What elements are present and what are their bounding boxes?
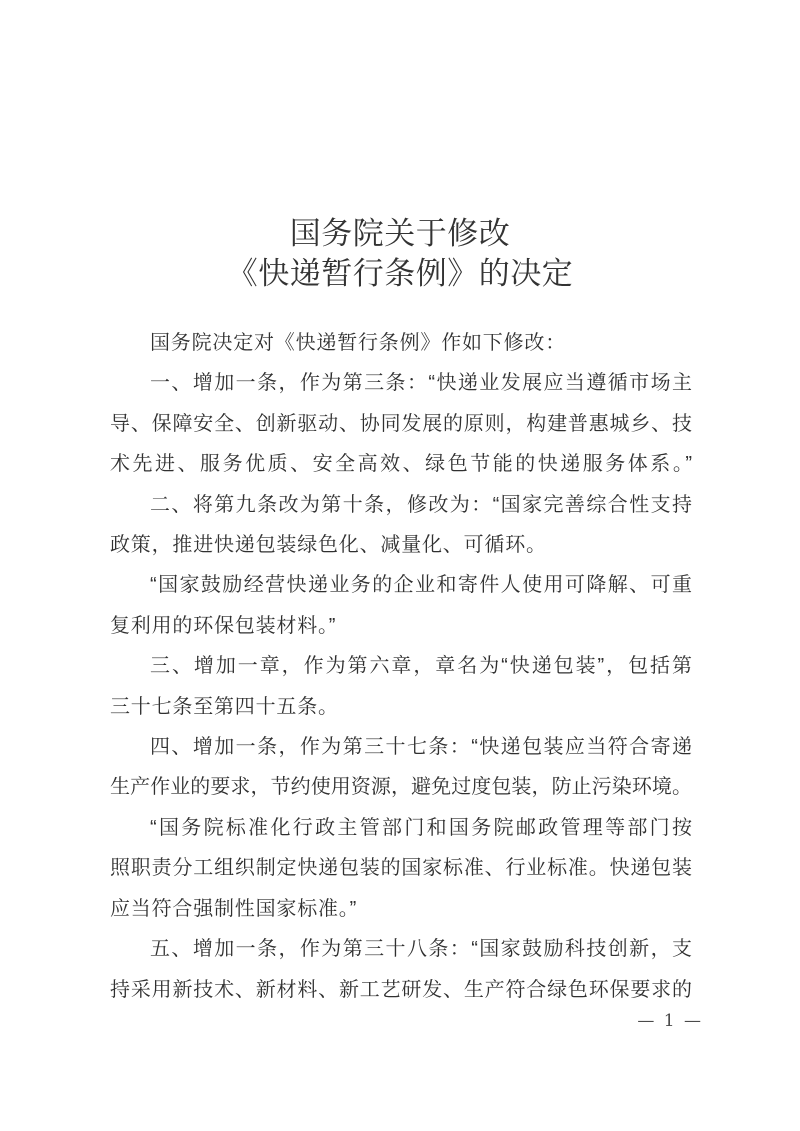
text-line: 持采用新技术、新材料、新工艺研发、生产符合绿色环保要求的 — [110, 970, 692, 1010]
text-line: 应当符合强制性国家标准。” — [110, 889, 692, 929]
text-line: 二、将第九条改为第十条，修改为：“国家完善综合性支持 — [110, 485, 692, 525]
text-line: 国务院决定对《快递暂行条例》作如下修改： — [110, 323, 692, 363]
text-line: 照职责分工组织制定快递包装的国家标准、行业标准。快递包装 — [110, 848, 692, 888]
title-line-2: 《快递暂行条例》的决定 — [0, 254, 800, 294]
text-line: 一、增加一条，作为第三条：“快递业发展应当遵循市场主 — [110, 363, 692, 403]
text-line: “国务院标准化行政主管部门和国务院邮政管理等部门按 — [110, 808, 692, 848]
text-line: 三十七条至第四十五条。 — [110, 687, 692, 727]
text-line: “国家鼓励经营快递业务的企业和寄件人使用可降解、可重 — [110, 565, 692, 605]
text-line: 导、保障安全、创新驱动、协同发展的原则，构建普惠城乡、技 — [110, 404, 692, 444]
document-body: 国务院决定对《快递暂行条例》作如下修改： 一、增加一条，作为第三条：“快递业发展… — [110, 323, 692, 1010]
text-line: 三、增加一章，作为第六章，章名为“快递包装”，包括第 — [110, 646, 692, 686]
document-title: 国务院关于修改 《快递暂行条例》的决定 — [0, 214, 800, 294]
text-line: 五、增加一条，作为第三十八条：“国家鼓励科技创新，支 — [110, 929, 692, 969]
text-line: 术先进、服务优质、安全高效、绿色节能的快递服务体系。” — [110, 444, 692, 484]
text-line: 政策，推进快递包装绿色化、减量化、可循环。 — [110, 525, 692, 565]
page-number: — 1 — — [637, 1011, 703, 1031]
text-line: 复利用的环保包装材料。” — [110, 606, 692, 646]
document-page: 国务院关于修改 《快递暂行条例》的决定 国务院决定对《快递暂行条例》作如下修改：… — [0, 0, 800, 1131]
title-line-1: 国务院关于修改 — [0, 214, 800, 254]
text-line: 生产作业的要求，节约使用资源，避免过度包装，防止污染环境。 — [110, 767, 692, 807]
text-line: 四、增加一条，作为第三十七条：“快递包装应当符合寄递 — [110, 727, 692, 767]
